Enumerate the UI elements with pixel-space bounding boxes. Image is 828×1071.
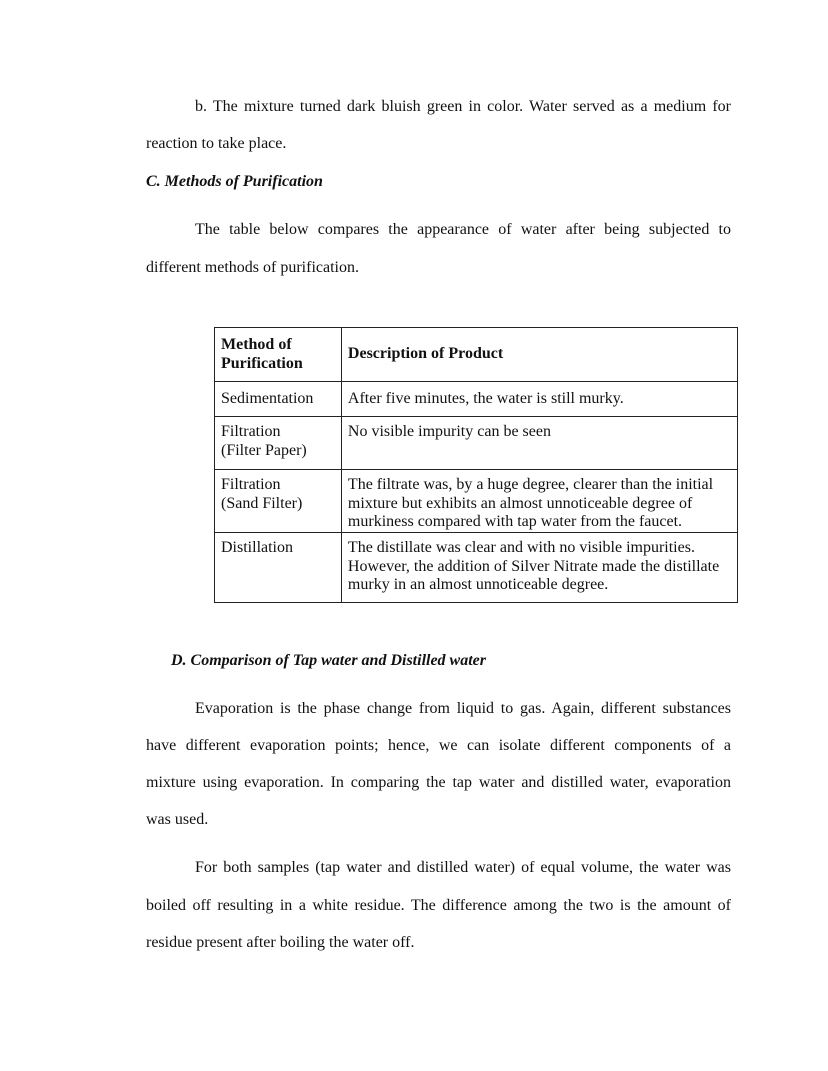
section-d-heading: D. Comparison of Tap water and Distilled… [171,651,486,671]
description-cell: The distillate was clear and with no vis… [341,533,737,603]
section-d-para-2-line-1: For both samples (tap water and distille… [195,858,731,878]
method-line-1: Filtration [221,476,335,495]
section-d-para-1-line-3: mixture using evaporation. In comparing … [146,773,731,793]
method-cell: Filtration (Filter Paper) [215,417,342,470]
method-line-2: (Sand Filter) [221,495,335,514]
section-d-para-1-line-4: was used. [146,810,208,830]
description-cell: The filtrate was, by a huge degree, clea… [341,470,737,533]
header-method-line-1: Method of [221,336,335,355]
method-cell: Filtration (Sand Filter) [215,470,342,533]
section-d-para-1-line-2: have different evaporation points; hence… [146,736,731,756]
section-c-heading: C. Methods of Purification [146,172,323,192]
section-c-intro-line-1: The table below compares the appearance … [195,220,731,240]
purification-methods-table: Method of Purification Description of Pr… [214,327,738,603]
description-cell: No visible impurity can be seen [341,417,737,470]
table-row: Filtration (Sand Filter) The filtrate wa… [215,470,738,533]
method-cell: Sedimentation [215,382,342,417]
method-line-2: (Filter Paper) [221,442,335,461]
document-page: b. The mixture turned dark bluish green … [0,0,828,1071]
section-c-intro-line-2: different methods of purification. [146,258,359,278]
section-d-para-1-line-1: Evaporation is the phase change from liq… [195,699,731,719]
table-row: Filtration (Filter Paper) No visible imp… [215,417,738,470]
table-row: Distillation The distillate was clear an… [215,533,738,603]
description-cell: After five minutes, the water is still m… [341,382,737,417]
method-cell: Distillation [215,533,342,603]
method-line-1: Filtration [221,423,335,442]
section-d-para-2-line-2: boiled off resulting in a white residue.… [146,896,731,916]
paragraph-b-line-2: reaction to take place. [146,134,286,154]
header-description-of-product: Description of Product [341,328,737,382]
method-line-1: Sedimentation [221,390,335,409]
section-d-para-2-line-3: residue present after boiling the water … [146,933,415,953]
table-header-row: Method of Purification Description of Pr… [215,328,738,382]
table-row: Sedimentation After five minutes, the wa… [215,382,738,417]
paragraph-b-line-1: b. The mixture turned dark bluish green … [195,97,731,117]
method-line-1: Distillation [221,539,335,558]
header-method-line-2: Purification [221,355,335,374]
header-method-of-purification: Method of Purification [215,328,342,382]
